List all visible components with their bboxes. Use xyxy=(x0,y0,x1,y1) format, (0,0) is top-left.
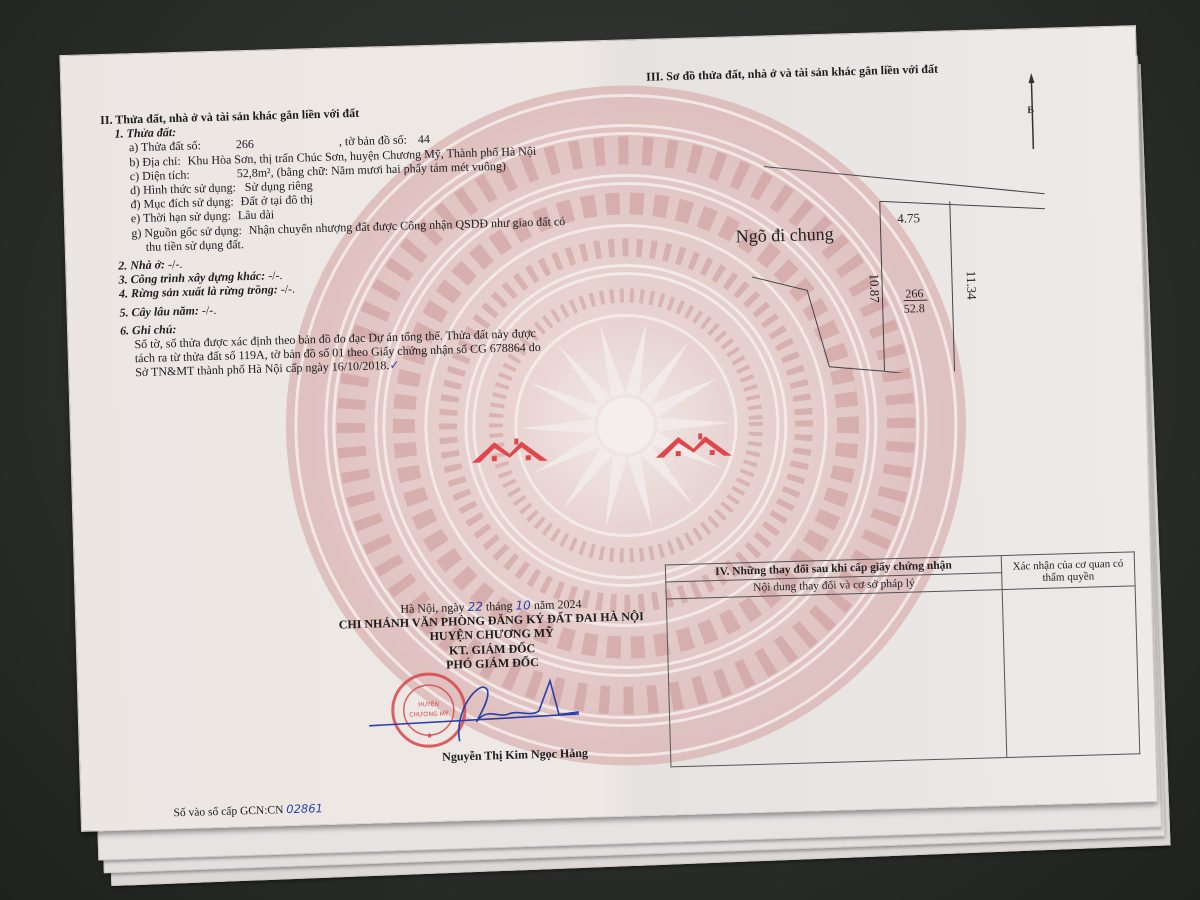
svg-text:52.8: 52.8 xyxy=(904,301,925,316)
date-year: năm 2024 xyxy=(534,597,582,612)
col-confirmation-header: Xác nhận của cơ quan có thẩm quyền xyxy=(1001,552,1135,590)
land-use-certificate-page: II. Thửa đất, nhà ở và tài sản khác gắn … xyxy=(59,25,1157,832)
svg-text:Ngõ đi chung: Ngõ đi chung xyxy=(735,224,834,247)
svg-text:266: 266 xyxy=(905,286,923,300)
svg-text:4.75: 4.75 xyxy=(897,210,920,226)
item-2-label: 2. Nhà ở: xyxy=(118,257,165,272)
svg-text:HUYỆN: HUYỆN xyxy=(418,700,439,709)
changes-table: IV. Những thay đổi sau khi cấp giấy chứn… xyxy=(665,551,1140,767)
svg-text:10.87: 10.87 xyxy=(867,273,883,303)
seal-and-signature: HUYỆN CHƯƠNG MỸ ★ xyxy=(328,666,660,753)
item-3-value: -/-. xyxy=(268,268,283,282)
month-label: tháng xyxy=(486,599,513,614)
official-seal-icon: HUYỆN CHƯƠNG MỸ ★ xyxy=(328,666,660,753)
handwritten-checkmark-icon: ✓ xyxy=(389,358,399,372)
house-roof-icon xyxy=(653,430,734,462)
signature-block: Hà Nội, ngày 22 tháng 10 năm 2024 CHI NH… xyxy=(326,595,660,767)
map-sheet-label: , tờ bản đồ số: xyxy=(339,133,407,149)
svg-text:★: ★ xyxy=(426,731,433,740)
purpose-value: Đất ở tại đô thị xyxy=(236,192,313,208)
term-value: Lâu dài xyxy=(234,208,275,223)
item-5-value: -/-. xyxy=(202,303,217,317)
svg-text:CHƯƠNG MỸ: CHƯƠNG MỸ xyxy=(409,711,449,719)
parcel-sketch-diagram: B Ngõ đi chung 4.75 4.79 10.87 11.34 266… xyxy=(621,67,1099,380)
item-5-label: 5. Cây lâu năm: xyxy=(119,303,199,319)
address-label: b) Địa chỉ: xyxy=(129,153,181,168)
svg-text:B: B xyxy=(1027,105,1034,116)
date-month: 10 xyxy=(515,598,531,612)
svg-text:11.34: 11.34 xyxy=(964,271,980,301)
item-2-value: -/-. xyxy=(168,257,183,271)
map-sheet-number: 44 xyxy=(410,132,430,147)
registry-number-row: Số vào sổ cấp GCN:CN 02861 xyxy=(173,801,323,820)
registry-label: Số vào sổ cấp GCN:CN xyxy=(173,804,283,819)
confirmation-cell xyxy=(1002,586,1140,758)
date-day: 22 xyxy=(467,600,483,614)
changes-content-cell xyxy=(666,590,1007,767)
item-4-value: -/-. xyxy=(281,282,296,296)
house-roof-icon xyxy=(469,435,550,467)
section-ii: II. Thửa đất, nhà ở và tài sản khác gắn … xyxy=(100,100,569,380)
registry-number: 02861 xyxy=(286,801,323,816)
